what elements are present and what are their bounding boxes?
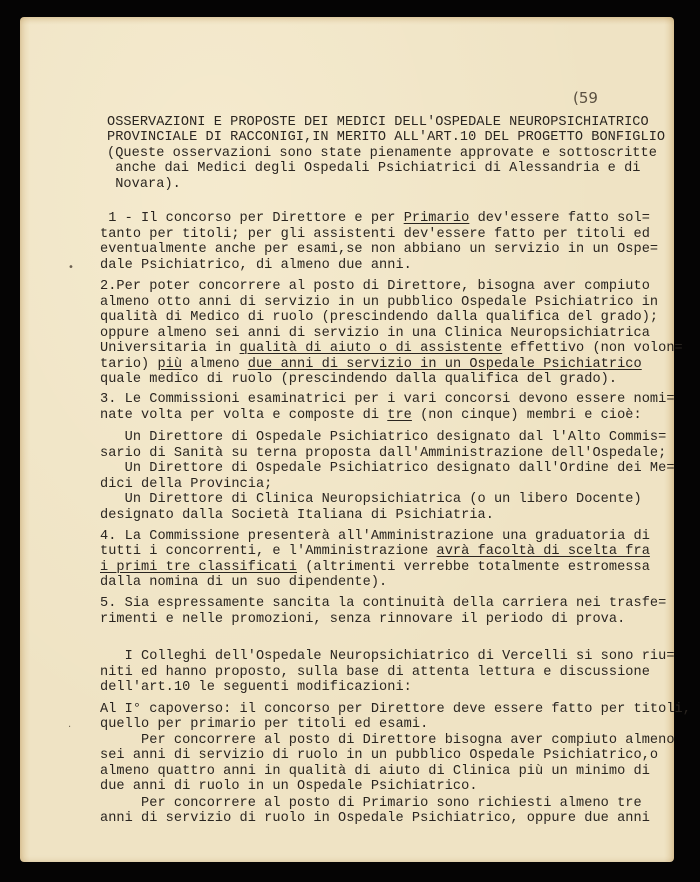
text-line: tutti i concorrenti, e l'Amministrazione… xyxy=(100,544,650,559)
margin-speck: • xyxy=(68,262,74,273)
text-line: quello per primario per titoli ed esami. xyxy=(100,717,428,732)
heading-line: PROVINCIALE DI RACCONIGI,IN MERITO ALL'A… xyxy=(107,130,665,145)
text-line: tanto per titoli; per gli assistenti dev… xyxy=(100,227,650,242)
text-line: Un Direttore di Clinica Neuropsichiatric… xyxy=(100,492,642,507)
underlined-text: più xyxy=(157,357,182,372)
underlined-text: tre xyxy=(387,408,412,423)
text-line: i primi tre classificati (altrimenti ver… xyxy=(100,560,650,575)
text-line: sei anni di servizio di ruolo in un pubb… xyxy=(100,748,658,763)
text-line: I Colleghi dell'Ospedale Neuropsichiatri… xyxy=(100,649,675,664)
text-line: oppure almeno sei anni di servizio in un… xyxy=(100,326,650,341)
text-line: quale medico di ruolo (prescindendo dall… xyxy=(100,372,617,387)
text-line: Un Direttore di Ospedale Psichiatrico de… xyxy=(100,430,666,445)
text-line: due anni di ruolo in un Ospedale Psichia… xyxy=(100,779,478,794)
text-line: Per concorrere al posto di Direttore bis… xyxy=(100,733,675,748)
text-line: dale Psichiatrico, di almeno due anni. xyxy=(100,258,412,273)
underlined-text: Primario xyxy=(404,211,470,226)
text-line: qualità di Medico di ruolo (prescindendo… xyxy=(100,310,658,325)
heading-line: OSSERVAZIONI E PROPOSTE DEI MEDICI DELL'… xyxy=(107,115,649,130)
text-line: Universitaria in qualità di aiuto o di a… xyxy=(100,341,683,356)
text-line: Al I° capoverso: il concorso per Diretto… xyxy=(100,702,691,717)
text-line: Un Direttore di Ospedale Psichiatrico de… xyxy=(100,461,675,476)
heading-line: anche dai Medici degli Ospedali Psichiat… xyxy=(107,161,641,176)
text-line: anni di servizio di ruolo in Ospedale Ps… xyxy=(100,811,650,826)
text-line: Per concorrere al posto di Primario sono… xyxy=(100,796,642,811)
underlined-text: i primi tre classificati xyxy=(100,560,297,575)
text-line: designato dalla Società Italiana di Psic… xyxy=(100,508,494,523)
text-line: 5. Sia espressamente sancita la continui… xyxy=(100,596,666,611)
heading-line: Novara). xyxy=(107,177,181,192)
text-line: rimenti e nelle promozioni, senza rinnov… xyxy=(100,612,625,627)
page-number: (59 xyxy=(573,89,598,107)
document-page: (59 OSSERVAZIONI E PROPOSTE DEI MEDICI D… xyxy=(20,17,674,862)
underlined-text: avrà facoltà di scelta fra xyxy=(437,544,650,559)
text-line: dalla nomina di un suo dipendente). xyxy=(100,575,387,590)
text-line: dell'art.10 le seguenti modificazioni: xyxy=(100,680,412,695)
margin-speck: · xyxy=(68,722,71,733)
text-line: sario di Sanità su terna proposta dall'A… xyxy=(100,446,666,461)
text-line: eventualmente anche per esami,se non abb… xyxy=(100,242,658,257)
text-line: tario) più almeno due anni di servizio i… xyxy=(100,357,642,372)
text-line: almeno quattro anni in qualità di aiuto … xyxy=(100,764,650,779)
heading-line: (Queste osservazioni sono state pienamen… xyxy=(107,146,657,161)
text-line: 3. Le Commissioni esaminatrici per i var… xyxy=(100,392,675,407)
underlined-text: due anni di servizio in un Ospedale Psic… xyxy=(248,357,642,372)
text-line: niti ed hanno proposto, sulla base di at… xyxy=(100,665,650,680)
text-line: almeno otto anni di servizio in un pubbl… xyxy=(100,295,658,310)
text-line: 1 - Il concorso per Direttore e per Prim… xyxy=(100,211,650,226)
text-line: 4. La Commissione presenterà all'Amminis… xyxy=(100,529,650,544)
underlined-text: qualità di aiuto o di assistente xyxy=(240,341,503,356)
text-line: nate volta per volta e composte di tre (… xyxy=(100,408,642,423)
text-line: dici della Provincia; xyxy=(100,477,272,492)
text-line: 2.Per poter concorrere al posto di Diret… xyxy=(100,279,650,294)
